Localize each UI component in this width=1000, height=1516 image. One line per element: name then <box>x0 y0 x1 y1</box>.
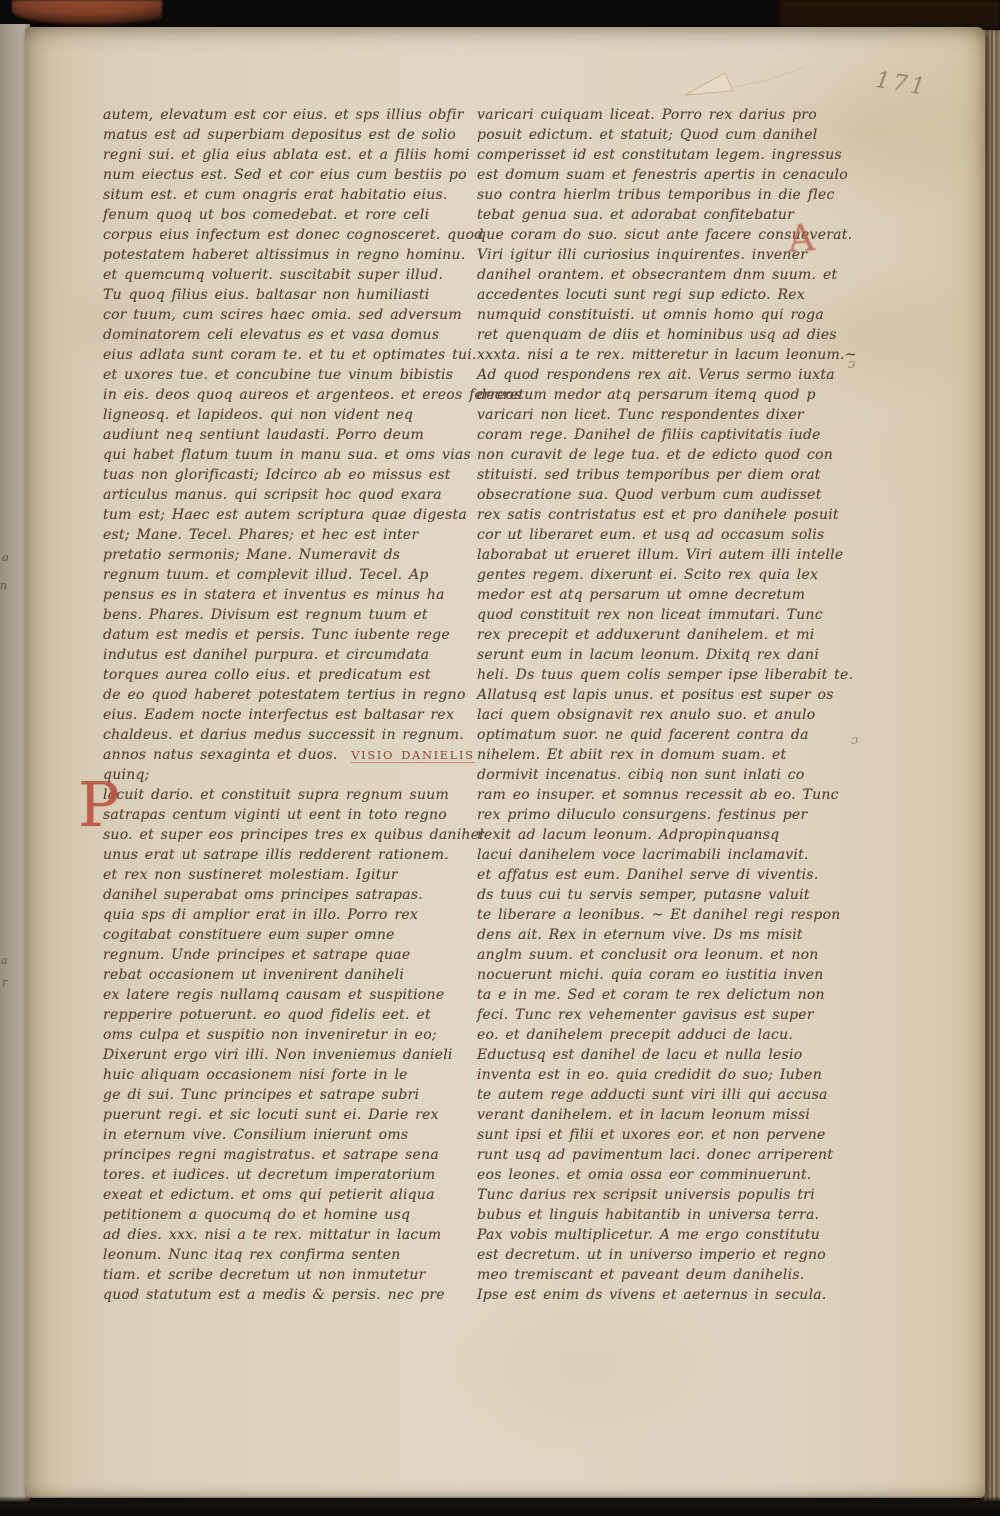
manuscript-line: situm est. et cum onagris erat habitatio… <box>103 185 471 205</box>
manuscript-line: huic aliquam occasionem nisi forte in le <box>103 1065 471 1085</box>
manuscript-line: bubus et linguis habitantib in universa … <box>477 1205 857 1225</box>
manuscript-line: cor ut liberaret eum. et usq ad occasum … <box>477 525 857 545</box>
text-column-left: autem, elevatum est cor eius. et sps ill… <box>103 105 471 1305</box>
manuscript-line: feci. Tunc rex vehementer gavisus est su… <box>477 1005 857 1025</box>
left-margin-mark: n <box>0 579 7 592</box>
manuscript-line: danihel superabat oms principes satrapas… <box>103 885 471 905</box>
manuscript-line: bens. Phares. Divisum est regnum tuum et <box>103 605 471 625</box>
manuscript-line: eos leones. et omia ossa eor comminuerun… <box>477 1165 857 1185</box>
manuscript-line: te liberare a leonibus. ~ Et danihel reg… <box>477 905 857 925</box>
manuscript-line: Ipse est enim ds vivens et aeternus in s… <box>477 1285 857 1305</box>
manuscript-line: petitionem a quocumq do et homine usq <box>103 1205 471 1225</box>
manuscript-line: tores. et iudices. ut decretum imperator… <box>103 1165 471 1185</box>
manuscript-line: accedentes locuti sunt regi sup edicto. … <box>477 285 857 305</box>
left-margin-mark: a <box>1 954 8 967</box>
manuscript-line: danihel orantem. et obsecrantem dnm suum… <box>477 265 857 285</box>
manuscript-line: est domum suam et fenestris apertis in c… <box>477 165 857 185</box>
manuscript-line: quod statutum est a medis & persis. nec … <box>103 1285 471 1305</box>
book-spine-leather <box>12 0 162 26</box>
manuscript-line: in eis. deos quoq aureos et argenteos. e… <box>103 385 471 405</box>
drop-cap-initial-P: P <box>78 774 120 836</box>
manuscript-line: nihelem. Et abiit rex in domum suam. et <box>477 745 857 765</box>
manuscript-line: rex primo diluculo consurgens. festinus … <box>477 805 857 825</box>
manuscript-line: cogitabat constituere eum super omne <box>103 925 471 945</box>
manuscript-line: est; Mane. Tecel. Phares; et hec est int… <box>103 525 471 545</box>
manuscript-line: et uxores tue. et concubine tue vinum bi… <box>103 365 471 385</box>
manuscript-line: decretum medor atq persarum itemq quod p <box>477 385 857 405</box>
manuscript-line: nocuerunt michi. quia coram eo iustitia … <box>477 965 857 985</box>
manuscript-line: ta e in me. Sed et coram te rex delictum… <box>477 985 857 1005</box>
manuscript-line: et rex non sustineret molestiam. Igitur <box>103 865 471 885</box>
manuscript-line: Dixerunt ergo viri illi. Non inveniemus … <box>103 1045 471 1065</box>
manuscript-line: matus est ad superbiam depositus est de … <box>103 125 471 145</box>
manuscript-line: posuit edictum. et statuit; Quod cum dan… <box>477 125 857 145</box>
manuscript-line: principes regni magistratus. et satrape … <box>103 1145 471 1165</box>
manuscript-line: dens ait. Rex in eternum vive. Ds ms mis… <box>477 925 857 945</box>
manuscript-line: obsecratione sua. Quod verbum cum audiss… <box>477 485 857 505</box>
manuscript-line: indutus est danihel purpura. et circumda… <box>103 645 471 665</box>
manuscript-line: exeat et edictum. et oms qui petierit al… <box>103 1185 471 1205</box>
manuscript-line: quia sps di amplior erat in illo. Porro … <box>103 905 471 925</box>
manuscript-line: ligneosq. et lapideos. qui non vident ne… <box>103 405 471 425</box>
manuscript-line: non curavit de lege tua. et de edicto qu… <box>477 445 857 465</box>
manuscript-line: anglm suum. et conclusit ora leonum. et … <box>477 945 857 965</box>
text-column-right: varicari cuiquam liceat. Porro rex dariu… <box>477 105 857 1305</box>
manuscript-line: num eiectus est. Sed et cor eius cum bes… <box>103 165 471 185</box>
manuscript-line: et quemcumq voluerit. suscitabit super i… <box>103 265 471 285</box>
manuscript-line: satrapas centum viginti ut eent in toto … <box>103 805 471 825</box>
manuscript-line: ret quenquam de diis et hominibus usq ad… <box>477 325 857 345</box>
manuscript-line: articulus manus. qui scripsit hoc quod e… <box>103 485 471 505</box>
manuscript-line: ram eo insuper. et somnus recessit ab eo… <box>477 785 857 805</box>
manuscript-line: xxxta. nisi a te rex. mitteretur in lacu… <box>477 345 857 365</box>
manuscript-page: 171 autem, elevatum est cor eius. et sps… <box>25 27 985 1498</box>
manuscript-line: verant danihelem. et in lacum leonum mis… <box>477 1105 857 1125</box>
manuscript-line: oms culpa et suspitio non inveniretur in… <box>103 1025 471 1045</box>
manuscript-line: optimatum suor. ne quid facerent contra … <box>477 725 857 745</box>
manuscript-line: puerunt regi. et sic locuti sunt ei. Dar… <box>103 1105 471 1125</box>
manuscript-line: ge di sui. Tunc principes et satrape sub… <box>103 1085 471 1105</box>
right-margin-mark: ɔ <box>848 357 855 372</box>
manuscript-photo: o n a r 171 autem, elevatum est cor eius… <box>0 0 1000 1516</box>
line-group: autem, elevatum est cor eius. et sps ill… <box>103 105 471 745</box>
manuscript-line: laborabat ut erueret illum. Viri autem i… <box>477 545 857 565</box>
manuscript-line: pensus es in statera et inventus es minu… <box>103 585 471 605</box>
manuscript-line: pretatio sermonis; Mane. Numeravit ds <box>103 545 471 565</box>
rubric-visio-danielis: VISIO DANIELIS <box>351 748 474 763</box>
manuscript-line: Ad quod respondens rex ait. Verus sermo … <box>477 365 857 385</box>
manuscript-line: Tunc darius rex scripsit universis popul… <box>477 1185 857 1205</box>
manuscript-line: Pax vobis multiplicetur. A me ergo const… <box>477 1225 857 1245</box>
manuscript-line: est decretum. ut in universo imperio et … <box>477 1245 857 1265</box>
manuscript-line: regnum tuum. et complevit illud. Tecel. … <box>103 565 471 585</box>
manuscript-line: Eductusq est danihel de lacu et nulla le… <box>477 1045 857 1065</box>
manuscript-line: cor tuum, cum scires haec omia. sed adve… <box>103 305 471 325</box>
manuscript-line: Allatusq est lapis unus. et positus est … <box>477 685 857 705</box>
manuscript-line: eius. Eadem nocte interfectus est baltas… <box>103 705 471 725</box>
manuscript-line: laci quem obsignavit rex anulo suo. et a… <box>477 705 857 725</box>
manuscript-line: coram rege. Danihel de filiis captivitat… <box>477 425 857 445</box>
manuscript-line: rexit ad lacum leonum. Adpropinquansq <box>477 825 857 845</box>
manuscript-line: comperisset id est constitutam legem. in… <box>477 145 857 165</box>
manuscript-line: qui habet flatum tuum in manu sua. et om… <box>103 445 471 465</box>
line-group: varicari cuiquam liceat. Porro rex dariu… <box>477 105 857 1305</box>
manuscript-line: suo contra hierlm tribus temporibus in d… <box>477 185 857 205</box>
marginal-nota-red: A <box>787 216 817 261</box>
manuscript-line: ex latere regis nullamq causam et suspit… <box>103 985 471 1005</box>
manuscript-line: quinq; <box>103 765 471 785</box>
manuscript-line: regni sui. et glia eius ablata est. et a… <box>103 145 471 165</box>
manuscript-line: quod constituit rex non liceat immutari.… <box>477 605 857 625</box>
manuscript-line-initial: lacuit dario. et constituit supra regnum… <box>103 785 471 805</box>
manuscript-line: varicari non licet. Tunc respondentes di… <box>477 405 857 425</box>
manuscript-line: numquid constituisti. ut omnis homo qui … <box>477 305 857 325</box>
manuscript-line: regnum. Unde principes et satrape quae <box>103 945 471 965</box>
manuscript-line: rex satis contristatus est et pro danihe… <box>477 505 857 525</box>
manuscript-line: de eo quod haberet potestatem tertius in… <box>103 685 471 705</box>
manuscript-line: unus erat ut satrape illis redderent rat… <box>103 845 471 865</box>
manuscript-line: sunt ipsi et filii et uxores eor. et non… <box>477 1125 857 1145</box>
manuscript-line: heli. Ds tuus quem colis semper ipse lib… <box>477 665 857 685</box>
manuscript-line: rebat occasionem ut invenirent daniheli <box>103 965 471 985</box>
binding-shadow-bottom <box>0 1496 1000 1516</box>
manuscript-line: eius adlata sunt coram te. et tu et opti… <box>103 345 471 365</box>
manuscript-line: meo tremiscant et paveant deum danihelis… <box>477 1265 857 1285</box>
manuscript-line: repperire potuerunt. eo quod fidelis eet… <box>103 1005 471 1025</box>
left-margin-mark: r <box>2 976 7 989</box>
manuscript-line: tiam. et scribe decretum ut non inmutetu… <box>103 1265 471 1285</box>
manuscript-line: medor est atq persarum ut omne decretum <box>477 585 857 605</box>
line-group: satrapas centum viginti ut eent in toto … <box>103 805 471 1305</box>
manuscript-line: potestatem haberet altissimus in regno h… <box>103 245 471 265</box>
manuscript-line-with-rubric: annos natus sexaginta et duos. VISIO DAN… <box>103 745 471 765</box>
line-text: annos natus sexaginta et duos. <box>103 747 338 763</box>
manuscript-line: stituisti. sed tribus temporibus per die… <box>477 465 857 485</box>
manuscript-line: te autem rege adducti sunt viri illi qui… <box>477 1085 857 1105</box>
manuscript-line: chaldeus. et darius medus successit in r… <box>103 725 471 745</box>
left-margin-mark: o <box>2 551 9 564</box>
folio-number: 171 <box>873 67 929 101</box>
manuscript-line: inventa est in eo. quia credidit do suo;… <box>477 1065 857 1085</box>
manuscript-line: serunt eum in lacum leonum. Dixitq rex d… <box>477 645 857 665</box>
manuscript-line: datum est medis et persis. Tunc iubente … <box>103 625 471 645</box>
right-margin-mark: ɔ <box>851 733 858 748</box>
manuscript-line: fenum quoq ut bos comedebat. et rore cel… <box>103 205 471 225</box>
manuscript-line: tum est; Haec est autem scriptura quae d… <box>103 505 471 525</box>
manuscript-line: varicari cuiquam liceat. Porro rex dariu… <box>477 105 857 125</box>
manuscript-line: autem, elevatum est cor eius. et sps ill… <box>103 105 471 125</box>
manuscript-line: leonum. Nunc itaq rex confirma senten <box>103 1245 471 1265</box>
manuscript-line: corpus eius infectum est donec cognoscer… <box>103 225 471 245</box>
manuscript-line: tuas non glorificasti; Idcirco ab eo mis… <box>103 465 471 485</box>
manuscript-line: et affatus est eum. Danihel serve di viv… <box>477 865 857 885</box>
manuscript-line: audiunt neq sentiunt laudasti. Porro deu… <box>103 425 471 445</box>
manuscript-line: dominatorem celi elevatus es et vasa dom… <box>103 325 471 345</box>
manuscript-line: torques aurea collo eius. et predicatum … <box>103 665 471 685</box>
manuscript-line: Tu quoq filius eius. baltasar non humili… <box>103 285 471 305</box>
manuscript-line: rex precepit et adduxerunt danihelem. et… <box>477 625 857 645</box>
manuscript-line: dormivit incenatus. cibiq non sunt inlat… <box>477 765 857 785</box>
manuscript-line: ad dies. xxx. nisi a te rex. mittatur in… <box>103 1225 471 1245</box>
manuscript-line: gentes regem. dixerunt ei. Scito rex qui… <box>477 565 857 585</box>
manuscript-line: ds tuus cui tu servis semper, putasne va… <box>477 885 857 905</box>
manuscript-line: suo. et super eos principes tres ex quib… <box>103 825 471 845</box>
manuscript-line: runt usq ad pavimentum laci. donec arrip… <box>477 1145 857 1165</box>
manuscript-line: eo. et danihelem precepit adduci de lacu… <box>477 1025 857 1045</box>
manuscript-line: in eternum vive. Consilium inierunt oms <box>103 1125 471 1145</box>
manuscript-line: lacui danihelem voce lacrimabili inclama… <box>477 845 857 865</box>
